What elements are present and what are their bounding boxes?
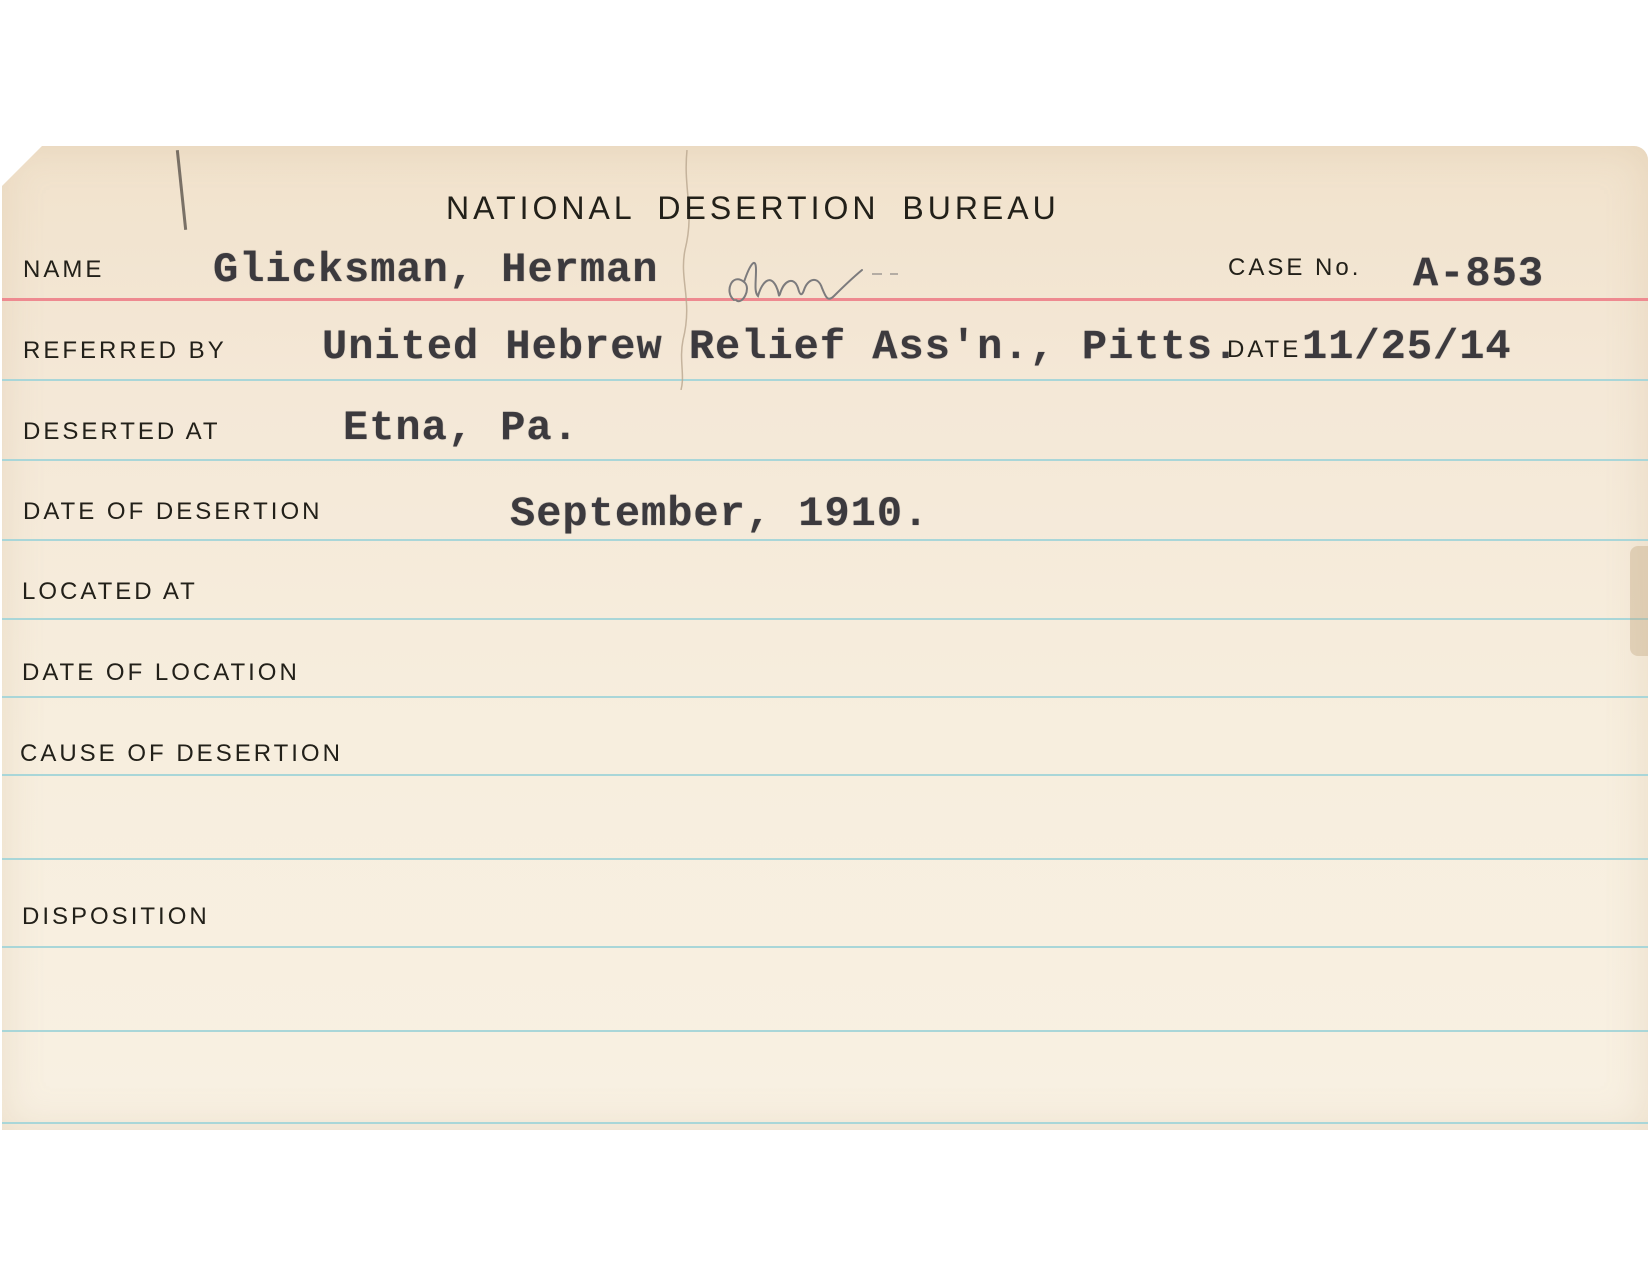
ruled-line [2,379,1648,381]
referred-by-value: United Hebrew Relief Ass'n., Pitts. [322,323,1239,371]
ruled-line [2,539,1648,541]
ruled-line [2,1030,1648,1032]
ruled-line [2,696,1648,698]
ruled-line [2,1122,1648,1124]
handwritten-initials-icon [722,252,912,312]
date-label: DATE [1227,336,1301,364]
date-of-desertion-label: DATE OF DESERTION [23,498,322,526]
ruled-line [2,459,1648,461]
date-value: 11/25/14 [1302,323,1512,371]
deserted-at-value: Etna, Pa. [343,404,579,452]
ruled-line [2,858,1648,860]
case-no-label: CASE No. [1228,254,1361,282]
case-no-value: A-853 [1413,250,1544,298]
located-at-label: LOCATED AT [22,578,198,606]
ruled-line [2,946,1648,948]
deserted-at-label: DESERTED AT [23,418,220,446]
date-of-location-label: DATE OF LOCATION [22,659,300,687]
referred-by-label: REFERRED BY [23,337,227,365]
disposition-label: DISPOSITION [22,903,210,931]
name-value: Glicksman, Herman [213,246,658,294]
ruled-line [2,774,1648,776]
card-title: NATIONAL DESERTION BUREAU [446,190,1060,227]
date-of-desertion-value: September, 1910. [510,490,929,538]
ruled-line [2,618,1648,620]
name-label: NAME [23,256,104,284]
cause-of-desertion-label: CAUSE OF DESERTION [20,740,343,768]
